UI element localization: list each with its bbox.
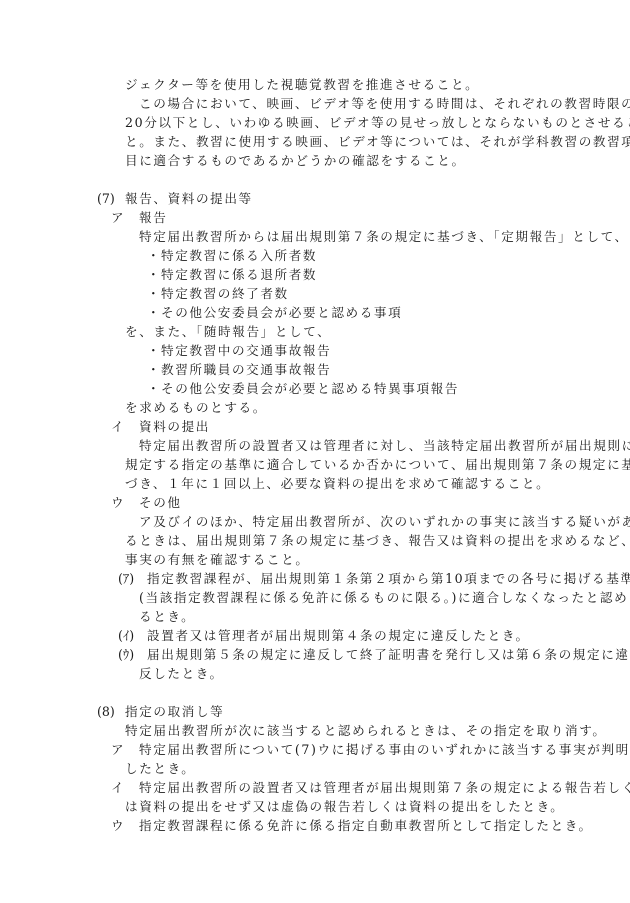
item-marker: イ <box>111 780 124 796</box>
item-marker: ウ <box>111 818 124 834</box>
text-line: 特定届出教習所からは届出規則第７条の規定に基づき、「定期報告」として、 <box>139 229 629 245</box>
list-item: 特定教習の終了者数 <box>161 286 289 302</box>
subitem-marker: (ｱ) <box>118 571 134 587</box>
bullet-icon: ・ <box>147 267 160 283</box>
list-item: 特定教習に係る退所者数 <box>161 267 317 283</box>
item-title: 報告 <box>139 210 167 226</box>
item-title: 資料の提出 <box>139 419 210 435</box>
bullet-icon: ・ <box>147 305 160 321</box>
text-line: 特定届出教習所が次に該当すると認められるときは、その指定を取り消す。 <box>125 723 607 739</box>
text-line: 規定する指定の基準に適合しているか否かについて、届出規則第７条の規定に基 <box>125 457 630 473</box>
subitem-marker: (ｲ) <box>118 628 134 644</box>
bullet-icon: ・ <box>147 286 160 302</box>
section-number: (7) <box>97 191 115 207</box>
list-item: その他公安委員会が必要と認める事項 <box>161 305 402 321</box>
text-line: 反したとき。 <box>139 666 224 682</box>
list-item: 特定教習に係る入所者数 <box>161 248 317 264</box>
text-line: この場合において、映画、ビデオ等を使用する時間は、それぞれの教習時限の <box>139 96 630 112</box>
text-line: を、また、「随時報告」として、 <box>125 324 331 340</box>
item-title: その他 <box>139 495 182 511</box>
text-line: るとき。 <box>139 609 195 625</box>
text-line: (当該指定教習課程に係る免許に係るものに限る。)に適合しなくなったと認め <box>139 590 628 606</box>
item-marker: ア <box>111 210 124 226</box>
text-line: ア及びイのほか、特定届出教習所が、次のいずれかの事実に該当する疑いがあ <box>139 514 630 530</box>
text-line: したとき。 <box>125 761 195 777</box>
text-line: 指定教習課程に係る免許に係る指定自動車教習所として指定したとき。 <box>139 818 593 834</box>
text-line: 設置者又は管理者が届出規則第４条の規定に違反したとき。 <box>147 628 530 644</box>
section-number: (8) <box>97 704 115 720</box>
subitem-marker: (ｳ) <box>118 647 134 663</box>
text-line: と。また、教習に使用する映画、ビデオ等については、それが学科教習の教習項 <box>125 134 630 150</box>
list-item: その他公安委員会が必要と認める特異事項報告 <box>161 381 459 397</box>
bullet-icon: ・ <box>147 343 160 359</box>
text-line: を求めるものとする。 <box>125 400 267 416</box>
list-item: 教習所職員の交通事故報告 <box>161 362 331 378</box>
section-title: 指定の取消し等 <box>125 704 224 720</box>
section-title: 報告、資料の提出等 <box>125 191 253 207</box>
bullet-icon: ・ <box>147 381 160 397</box>
item-marker: ア <box>111 742 124 758</box>
text-line: は資料の提出をせず又は虚偽の報告若しくは資料の提出をしたとき。 <box>125 799 565 815</box>
bullet-icon: ・ <box>147 248 160 264</box>
text-line: 目に適合するものであるかどうかの確認をすること。 <box>125 153 466 169</box>
document-page: ジェクター等を使用した視聴覚教習を推進させること。 この場合において、映画、ビデ… <box>0 0 630 903</box>
text-line: づき、１年に１回以上、必要な資料の提出を求めて確認すること。 <box>125 476 550 492</box>
text-line: 特定届出教習所の設置者又は管理者に対し、当該特定届出教習所が届出規則に <box>139 438 630 454</box>
text-line: 指定教習課程が、届出規則第１条第２項から第10項までの各号に掲げる基準 <box>147 571 630 587</box>
text-line: ジェクター等を使用した視聴覚教習を推進させること。 <box>125 77 479 93</box>
text-line: るときは、届出規則第７条の規定に基づき、報告又は資料の提出を求めるなど、 <box>125 533 630 549</box>
item-marker: イ <box>111 419 124 435</box>
text-line: 特定届出教習所の設置者又は管理者が届出規則第７条の規定による報告若しく <box>139 780 630 796</box>
text-line: 届出規則第５条の規定に違反して終了証明書を発行し又は第６条の規定に違 <box>147 647 630 663</box>
item-marker: ウ <box>111 495 124 511</box>
text-line: 特定届出教習所について(7)ウに掲げる事由のいずれかに該当する事実が判明 <box>139 742 630 758</box>
bullet-icon: ・ <box>147 362 160 378</box>
text-line: 20分以下とし、いわゆる映画、ビデオ等の見せっ放しとならないものとさせるこ <box>125 115 630 131</box>
list-item: 特定教習中の交通事故報告 <box>161 343 331 359</box>
text-line: 事実の有無を確認すること。 <box>125 552 310 568</box>
